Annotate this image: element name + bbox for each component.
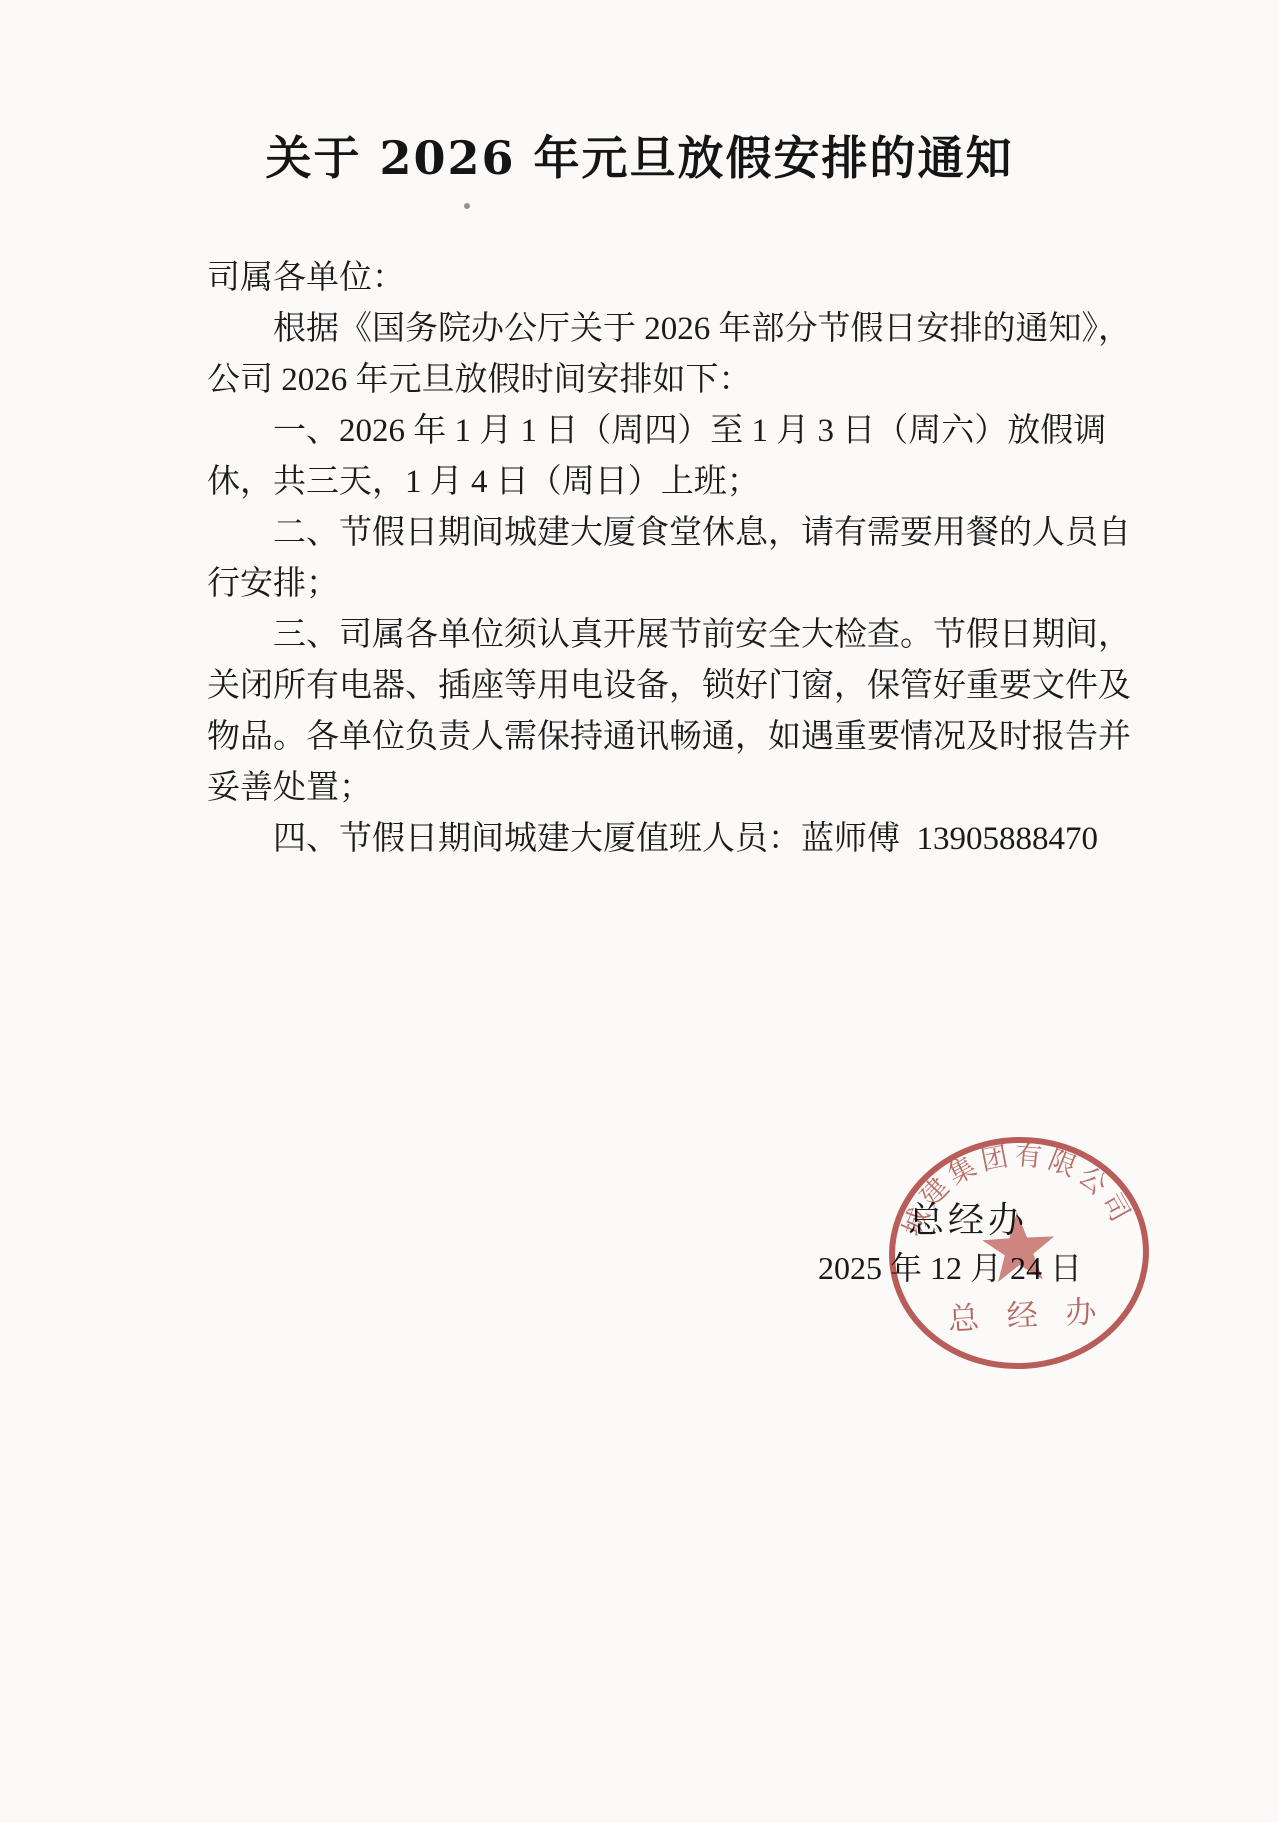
body-line: 休，共三天，1 月 4 日（周日）上班； [207, 457, 1127, 508]
salutation: 司属各单位： [207, 253, 1127, 304]
body-line: 二、节假日期间城建大厦食堂休息，请有需要用餐的人员自 [207, 508, 1127, 559]
body-line: 根据《国务院办公厅关于 2026 年部分节假日安排的通知》， [207, 304, 1127, 355]
notice-document: 关于 2026 年元旦放假安排的通知 司属各单位： 根据《国务院办公厅关于 20… [0, 0, 1279, 1823]
body-line: 妥善处置； [207, 763, 1127, 814]
body-line: 关闭所有电器、插座等用电设备，锁好门窗，保管好重要文件及 [207, 661, 1127, 712]
body-line: 公司 2026 年元旦放假时间安排如下： [207, 355, 1127, 406]
star-icon [981, 1210, 1057, 1282]
official-stamp: 城建集团有限公司 总 经 办 [872, 1119, 1167, 1387]
body-line: 行安排； [207, 559, 1127, 610]
body-line: 物品。各单位负责人需保持通讯畅通，如遇重要情况及时报告并 [207, 712, 1127, 763]
notice-body: 司属各单位： 根据《国务院办公厅关于 2026 年部分节假日安排的通知》， 公司… [207, 253, 1127, 865]
body-line: 四、节假日期间城建大厦值班人员：蓝师傅 13905888470 [207, 814, 1127, 865]
page-title: 关于 2026 年元旦放假安排的通知 [0, 122, 1279, 188]
stamp-bottom-text: 总 经 办 [947, 1294, 1107, 1337]
body-line: 三、司属各单位须认真开展节前安全大检查。节假日期间， [207, 610, 1127, 661]
smudge-dot [464, 203, 470, 209]
body-line: 一、2026 年 1 月 1 日（周四）至 1 月 3 日（周六）放假调 [207, 406, 1127, 457]
